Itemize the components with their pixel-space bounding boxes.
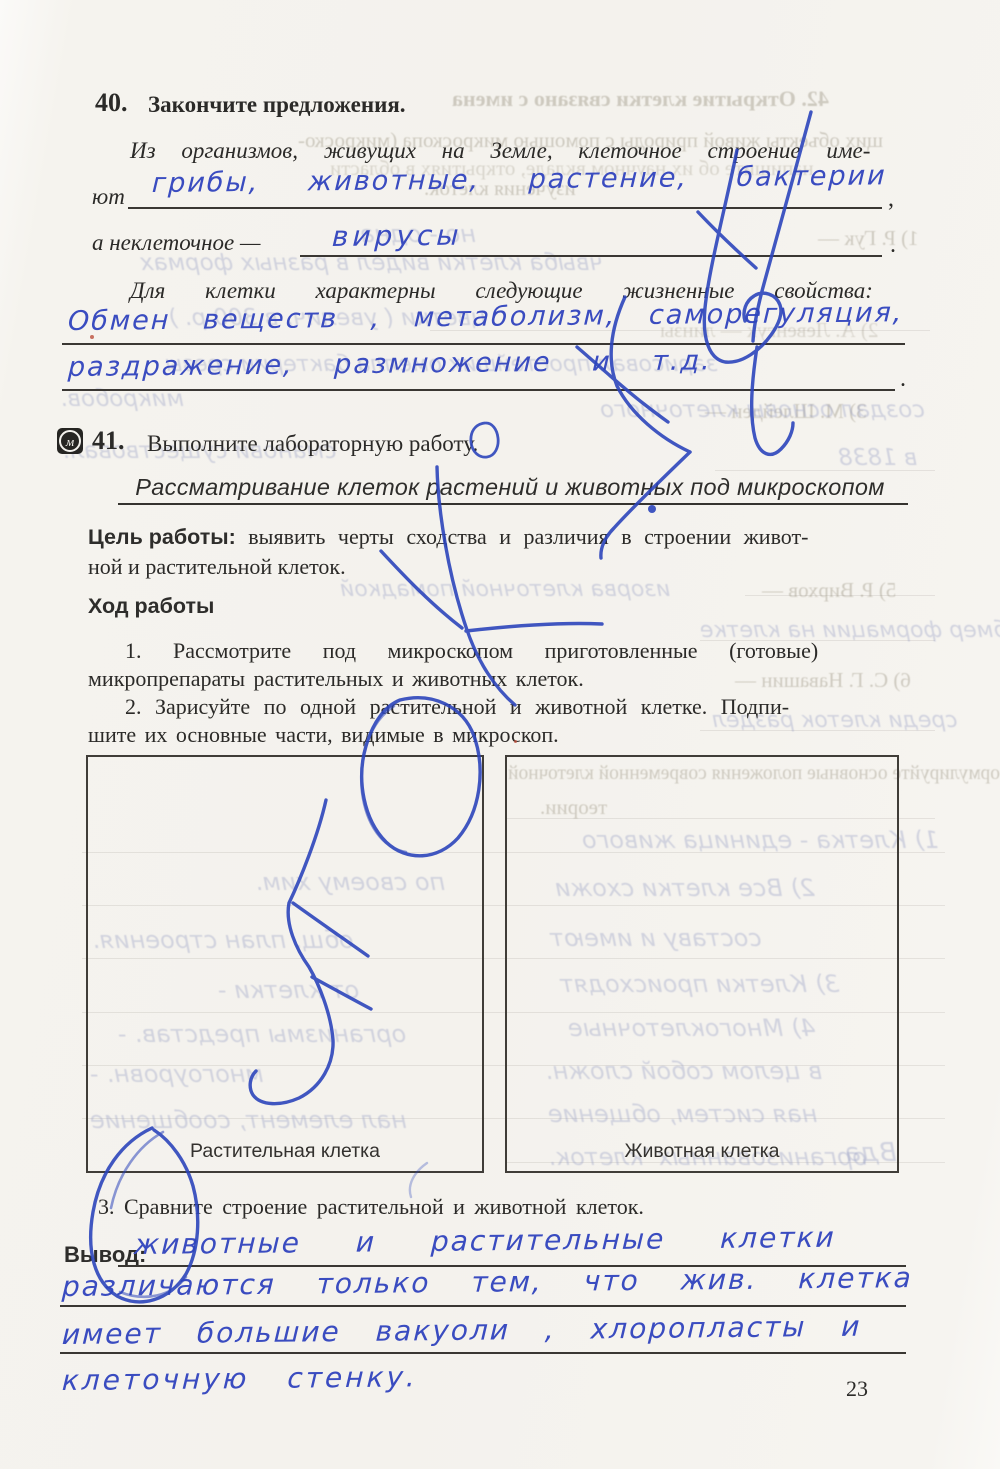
exercise40-title: Закончите предложения. (148, 92, 406, 118)
sentence1-trailing-comma: , (888, 186, 894, 213)
bleedthrough-text: 6) С. Г. Навашин — (735, 668, 911, 693)
exercise40-number: 40. (95, 88, 128, 118)
pen-scribble-v-tail (752, 347, 793, 454)
exercise40-sentence1: Из организмов, живущих на Земле, клеточн… (130, 138, 870, 164)
bleedthrough-text: 42. Открытие клетки связано с имена (452, 86, 829, 112)
page-number: 23 (846, 1376, 868, 1402)
bleedthrough-text: создал основы клеточного (600, 397, 925, 423)
handwritten-conclusion-1: животные и растительные клетки (133, 1221, 836, 1261)
exercise40-sentence2-prefix: а неклеточное — (92, 230, 260, 256)
exercise41-title: Выполните лабораторную работу. (147, 431, 478, 457)
bleedthrough-text: 1) Р. Гук — (818, 226, 919, 251)
scan-speck (90, 335, 94, 339)
animal-cell-caption: Животная клетка (507, 1140, 897, 1163)
sentence2-trailing-period: . (890, 232, 896, 259)
procedure-label: Ход работы (88, 594, 214, 619)
bleedthrough-rule (700, 730, 935, 731)
handwritten-answer-2: вирусы (331, 219, 463, 253)
step2-line1: 2. Зарисуйте по одной растительной и жив… (125, 694, 789, 720)
handwritten-conclusion-4: клеточную стенку. (61, 1360, 418, 1397)
lab-title-underline (118, 503, 908, 505)
handwritten-properties-line2: раздражение, размножение и т.д. (67, 345, 712, 383)
goal-text-line2: ной и растительной клеток. (88, 554, 346, 580)
methodical-badge-letter: м (59, 430, 81, 452)
conclusion-line-2 (60, 1305, 906, 1307)
answer-line-4 (62, 389, 895, 391)
bleedthrough-text: 3) М. Шлейден — (705, 399, 867, 424)
step1-line2: микропрепараты растительных и животных к… (88, 666, 584, 692)
pen-ink-dot (648, 505, 656, 513)
bleedthrough-text: в 1838 (838, 445, 917, 471)
workbook-scanned-page: 42. Открытие клетки связано с именащих о… (0, 0, 1000, 1469)
handwritten-conclusion-3: имеет большие вакуоли , хлоропласты и (61, 1310, 862, 1351)
pen-scribble-v-inner (698, 212, 756, 268)
answer-line-1 (128, 207, 882, 209)
plant-cell-drawing-box: Растительная клетка (86, 755, 484, 1173)
answer-line-3 (62, 343, 905, 345)
exercise41-number: 41. (92, 426, 125, 456)
animal-cell-drawing-box: Животная клетка (505, 755, 899, 1173)
bleedthrough-text: изорва клеточной помадкой (340, 577, 670, 602)
goal-text-line1: выявить черты сходства и различия в стро… (236, 524, 809, 549)
step2-line2: шите их основные части, видимые в микрос… (88, 722, 559, 748)
scan-speck (514, 740, 517, 743)
bleedthrough-text: 5) Р. Вирхов — (762, 578, 896, 603)
sentence3-trailing-period: . (900, 366, 906, 393)
goal-label: Цель работы: (88, 525, 236, 549)
pen-scribble-horizontal (466, 623, 602, 631)
conclusion-line-3 (60, 1352, 906, 1354)
pen-scribble-descender-2 (381, 551, 462, 628)
bleedthrough-rule (745, 595, 935, 596)
handwritten-answer-1: грибы, животные, растение, бактерии (151, 160, 887, 199)
exercise40-sentence1-prefix: ют (92, 184, 125, 210)
plant-cell-caption: Растительная клетка (88, 1140, 482, 1163)
answer-line-2 (300, 255, 882, 257)
methodical-badge: м (57, 428, 83, 454)
step3-text: 3. Сравните строение растительной и живо… (98, 1194, 644, 1220)
handwritten-conclusion-2: различаются только тем, что жив. клетка (61, 1261, 913, 1303)
step1-line1: 1. Рассмотрите под микроскопом приготовл… (125, 638, 818, 664)
lab-work-title: Рассматривание клеток растений и животны… (110, 474, 910, 501)
bleedthrough-rule (715, 470, 935, 471)
